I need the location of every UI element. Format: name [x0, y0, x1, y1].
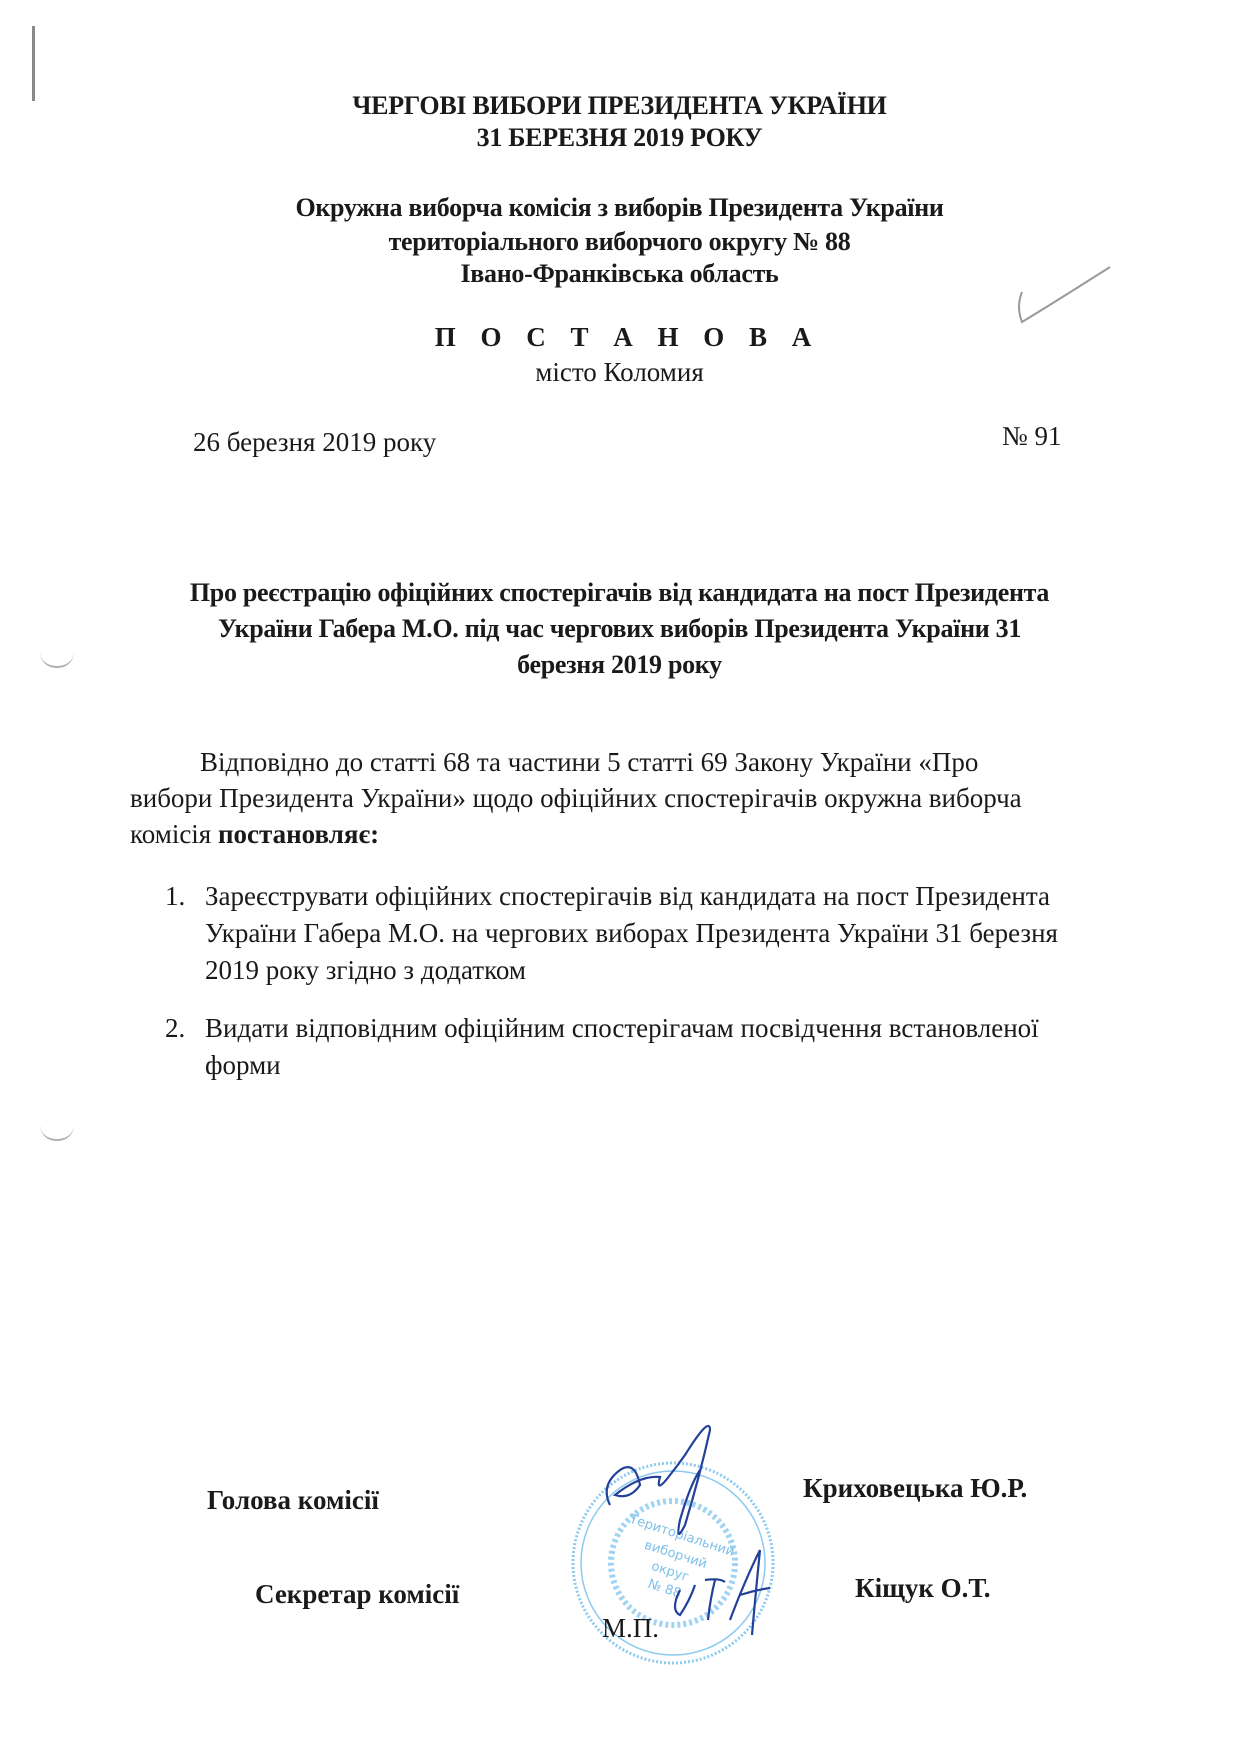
election-title: ЧЕРГОВІ ВИБОРИ ПРЕЗИДЕНТА УКРАЇНИ — [0, 90, 1239, 122]
preamble-line3: комісія постановляє: — [130, 816, 1110, 853]
preamble-line2: вибори Президента України» щодо офіційни… — [130, 780, 1110, 817]
subject-line1: Про реєстрацію офіційних спостерігачів в… — [0, 574, 1239, 611]
item-number: 1. — [165, 878, 203, 915]
subject-line2: України Габера М.О. під час чергових виб… — [0, 610, 1239, 647]
preamble-prefix: комісія — [130, 819, 218, 849]
commission-name-line1: Окружна виборча комісія з виборів Презид… — [0, 190, 1239, 226]
document-date: 26 березня 2019 року — [193, 424, 436, 461]
item-2-line2: форми — [205, 1047, 1125, 1084]
punch-hole-mark — [40, 1125, 74, 1141]
resolution-item-1: 1. Зареєструвати офіційних спостерігачів… — [165, 878, 1125, 998]
resolves-keyword: постановляє: — [218, 819, 379, 849]
document-city: місто Коломия — [0, 354, 1239, 391]
secretary-signature — [660, 1540, 790, 1640]
resolution-item-2: 2. Видати відповідним офіційним спостері… — [165, 1010, 1125, 1090]
preamble-line1: Відповідно до статті 68 та частини 5 ста… — [200, 744, 1180, 781]
item-1-line3: 2019 року згідно з додатком — [205, 952, 1125, 989]
commission-region: Івано-Франківська область — [0, 256, 1239, 292]
item-2-line1: Видати відповідним офіційним спостерігач… — [205, 1010, 1125, 1047]
item-1-line1: Зареєструвати офіційних спостерігачів ві… — [205, 878, 1125, 915]
item-number: 2. — [165, 1010, 203, 1047]
chair-title: Голова комісії — [207, 1482, 379, 1519]
commission-name-line2: територіального виборчого округу № 88 — [0, 224, 1239, 260]
secretary-title: Секретар комісії — [255, 1576, 459, 1613]
document-number: № 91 — [1002, 418, 1062, 455]
item-1-line2: України Габера М.О. на чергових виборах … — [205, 915, 1125, 952]
chair-name: Криховецька Ю.Р. — [803, 1470, 1027, 1507]
election-date: 31 БЕРЕЗНЯ 2019 РОКУ — [0, 122, 1239, 154]
subject-line3: березня 2019 року — [0, 646, 1239, 683]
secretary-name: Кіщук О.Т. — [855, 1570, 991, 1607]
document-type: П О С Т А Н О В А — [0, 322, 1239, 353]
seal-place-label: М.П. — [602, 1610, 659, 1647]
